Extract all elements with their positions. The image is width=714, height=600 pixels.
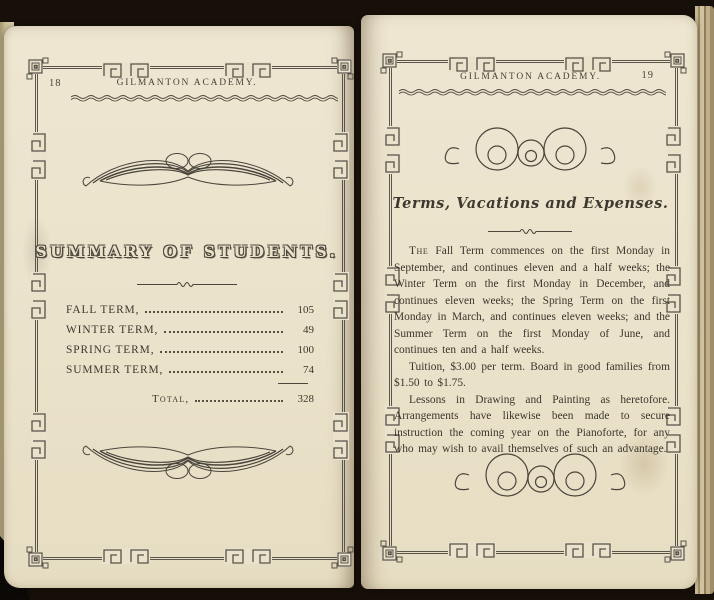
loop-flourish-icon (435, 119, 625, 179)
greek-key-meander-icon (665, 126, 683, 174)
running-head-title: GILMANTON ACADEMY. (389, 72, 672, 82)
term-value: 105 (288, 304, 314, 316)
total-rule (278, 383, 308, 384)
greek-key-meander-icon (332, 412, 350, 460)
term-value: 49 (288, 324, 314, 336)
greek-key-meander-icon (448, 541, 496, 559)
greek-key-meander-icon (564, 541, 612, 559)
section-title: SUMMARY OF STUDENTS. (35, 242, 339, 261)
dot-leader (160, 351, 283, 353)
dot-leader (169, 371, 283, 373)
term-value: 74 (288, 364, 314, 376)
greek-key-corner-icon (663, 539, 687, 563)
greek-key-meander-icon (102, 61, 150, 79)
body-text: The Fall Term commences on the first Mon… (394, 243, 670, 458)
page-number: 19 (642, 70, 655, 81)
paragraph-text: Tuition, $3.00 per term. Board in good f… (394, 361, 670, 390)
greek-key-corner-icon (26, 545, 50, 569)
greek-key-meander-icon (332, 132, 350, 180)
term-value: 100 (288, 344, 314, 356)
table-row: SUMMER TERM, 74 (66, 356, 314, 376)
dot-leader (164, 331, 283, 333)
greek-key-meander-icon (30, 272, 48, 320)
swash-flourish-icon (80, 140, 295, 200)
squiggle-rule (137, 280, 237, 289)
greek-key-meander-icon (332, 272, 350, 320)
greek-key-meander-icon (102, 547, 150, 565)
total-label: Total, (152, 393, 189, 405)
left-page: 18 GILMANTON ACADEMY. SUMMARY OF STUDENT… (4, 26, 354, 588)
dot-leader (145, 311, 283, 313)
table-row: FALL TERM, 105 (66, 296, 314, 316)
paragraph-text: Fall Term commences on the first Monday … (394, 245, 670, 356)
students-summary-table: FALL TERM, 105 WINTER TERM, 49 SPRING TE… (66, 296, 314, 405)
paragraph: The Fall Term commences on the first Mon… (394, 243, 670, 359)
greek-key-corner-icon (330, 545, 354, 569)
paragraph-lead: The (409, 245, 428, 257)
greek-key-meander-icon (448, 55, 496, 73)
running-head: GILMANTON ACADEMY. 19 (389, 72, 672, 86)
right-page-edge-stack (695, 6, 714, 594)
term-label: SPRING TERM, (66, 344, 154, 356)
loop-flourish-icon (445, 445, 635, 505)
table-row: WINTER TERM, 49 (66, 316, 314, 336)
greek-key-meander-icon (384, 126, 402, 174)
greek-key-corner-icon (380, 539, 404, 563)
right-page: GILMANTON ACADEMY. 19 Terms, Vacations a… (361, 15, 697, 589)
wavy-rule (398, 88, 666, 98)
table-row: SPRING TERM, 100 (66, 336, 314, 356)
greek-key-meander-icon (30, 412, 48, 460)
section-title: Terms, Vacations and Expenses. (389, 195, 672, 212)
running-head-title: GILMANTON ACADEMY. (35, 78, 339, 88)
wavy-rule (70, 94, 338, 104)
swash-flourish-icon (80, 432, 295, 492)
greek-key-meander-icon (564, 55, 612, 73)
term-label: SUMMER TERM, (66, 364, 163, 376)
table-total-row: Total, 328 (66, 387, 314, 405)
term-label: WINTER TERM, (66, 324, 158, 336)
total-value: 328 (288, 393, 314, 405)
greek-key-meander-icon (224, 61, 272, 79)
greek-key-meander-icon (224, 547, 272, 565)
squiggle-rule (488, 227, 572, 236)
term-label: FALL TERM, (66, 304, 139, 316)
paragraph: Tuition, $3.00 per term. Board in good f… (394, 359, 670, 392)
running-head: 18 GILMANTON ACADEMY. (35, 78, 339, 92)
dot-leader (195, 400, 283, 402)
book-spread-scan: 18 GILMANTON ACADEMY. SUMMARY OF STUDENT… (0, 0, 714, 600)
greek-key-meander-icon (30, 132, 48, 180)
